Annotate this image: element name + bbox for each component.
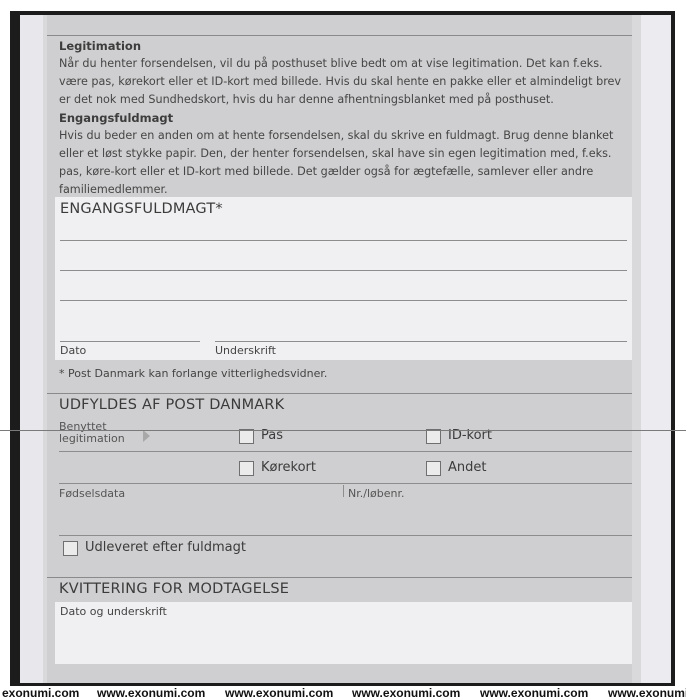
id-used-label: Benyttet legitimation <box>59 421 125 445</box>
watermark-text: www.exonumi. <box>608 686 686 700</box>
checkbox-pas[interactable] <box>239 429 254 444</box>
receipt-date-signature-label: Dato og underskrift <box>60 605 167 618</box>
section-rule <box>47 393 632 394</box>
signature-label: Underskrift <box>215 344 276 357</box>
checkbox-id-kort[interactable] <box>426 429 441 444</box>
left-margin-strip <box>20 15 43 683</box>
fuldmagt-heading: Engangsfuldmagt <box>59 111 173 125</box>
date-label: Dato <box>60 344 86 357</box>
receipt-rule <box>47 577 632 578</box>
checkbox-andet[interactable] <box>426 461 441 476</box>
watermark-text: www.exonumi.com <box>352 686 460 700</box>
watermark-text: exonumi.com <box>2 686 79 700</box>
legitimation-heading: Legitimation <box>59 39 141 53</box>
signature-line[interactable] <box>215 341 627 342</box>
proxy-text-line-3[interactable] <box>60 300 627 301</box>
checkbox-proxy[interactable] <box>63 541 78 556</box>
birthdate-label: Fødselsdata <box>59 487 125 500</box>
row-divider-1 <box>59 451 632 452</box>
date-line[interactable] <box>60 341 200 342</box>
checkbox-korekort[interactable] <box>239 461 254 476</box>
serial-label: Nr./løbenr. <box>348 487 404 500</box>
watermark-text: www.exonumi.com <box>225 686 333 700</box>
footnote: * Post Danmark kan forlange vitterlighed… <box>59 367 327 380</box>
engangsfuldmagt-box: ENGANGSFULDMAGT* Dato Underskrift <box>55 197 632 360</box>
checkbox-proxy-label: Udleveret efter fuldmagt <box>85 540 246 555</box>
watermark-bar: exonumi.com www.exonumi.com www.exonumi.… <box>0 686 686 700</box>
watermark-text: www.exonumi.com <box>480 686 588 700</box>
top-rule <box>47 35 632 36</box>
receipt-box[interactable]: Dato og underskrift <box>55 602 632 664</box>
engangsfuldmagt-title: ENGANGSFULDMAGT* <box>60 201 223 217</box>
form-paper: Legitimation Når du henter forsendelsen,… <box>20 15 671 683</box>
post-danmark-title: UDFYLDES AF POST DANMARK <box>59 397 284 413</box>
id-used-label-line2: legitimation <box>59 433 125 445</box>
right-margin-strip <box>641 15 671 683</box>
fuldmagt-text: Hvis du beder en anden om at hente forse… <box>59 127 629 199</box>
fold-line <box>0 430 686 431</box>
receipt-title: KVITTERING FOR MODTAGELSE <box>59 581 289 597</box>
proxy-text-line-2[interactable] <box>60 270 627 271</box>
checkbox-korekort-label: Kørekort <box>261 460 316 475</box>
watermark-text: www.exonumi.com <box>97 686 205 700</box>
checkbox-andet-label: Andet <box>448 460 486 475</box>
proxy-text-line-1[interactable] <box>60 240 627 241</box>
arrow-right-icon <box>143 430 150 442</box>
legitimation-text: Når du henter forsendelsen, vil du på po… <box>59 55 629 109</box>
form-content: Legitimation Når du henter forsendelsen,… <box>47 15 632 683</box>
field-separator <box>343 485 344 497</box>
row-divider-2 <box>59 483 632 484</box>
birthdate-field-line[interactable] <box>59 535 632 536</box>
